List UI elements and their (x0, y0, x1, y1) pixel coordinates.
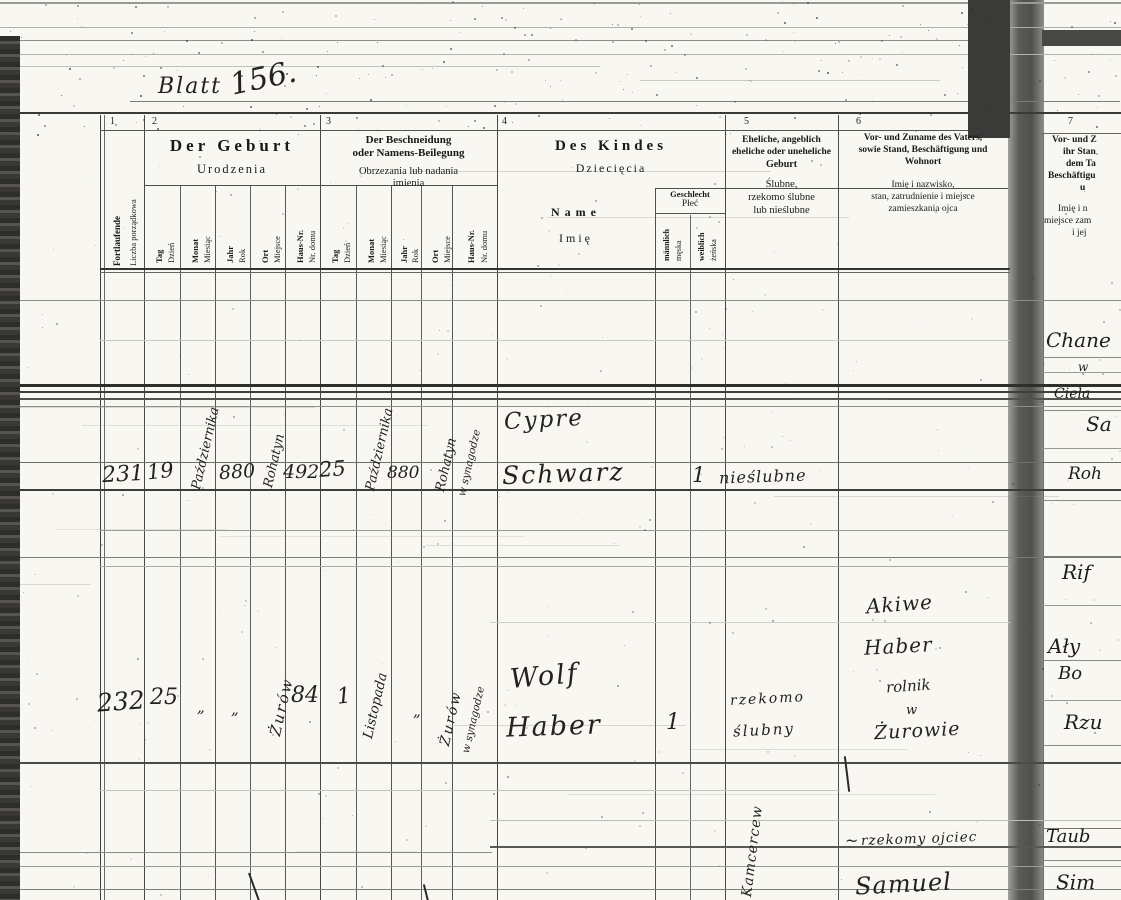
entry-231-legitimacy: nieślubne (719, 467, 807, 486)
header-child-pl: Dziecięcia (497, 162, 725, 175)
margin-fragment: Roh (1068, 464, 1102, 484)
header-father-de1: Vor- und Zuname des Vaters, (838, 134, 1008, 144)
entry-232-circ-place: Żurów (438, 690, 464, 748)
col-number-5: 5 (744, 116, 749, 127)
header-mother-pl1: Imię i n (1058, 204, 1088, 214)
entry-232-father-residence: Żurowie (874, 720, 961, 744)
sub-birth-day-de: Tag (155, 250, 164, 263)
sub-circ-year-de: Jahr (400, 246, 409, 263)
header-legitimacy-pl3: lub nieślubne (725, 205, 838, 216)
header-mother-de3: dem Ta (1066, 159, 1096, 169)
entry-231-birth-day: 19 (146, 460, 175, 484)
entry-231-child-name-1: Cypre (503, 407, 584, 434)
sub-birth-place-de: Ort (261, 250, 270, 263)
header-name-pl: Imię (497, 232, 655, 245)
col-number-6: 6 (856, 116, 861, 127)
col-number-4: 4 (502, 116, 507, 127)
header-sex-female-pl: żeńska (710, 239, 718, 261)
margin-fragment: Ały (1048, 634, 1080, 658)
margin-fragment: w (1078, 360, 1088, 374)
entry-231-child-name-2: Schwarz (502, 459, 625, 488)
header-mother-pl2: miejsce zam (1044, 216, 1091, 226)
header-birth-pl: Urodzenia (144, 163, 320, 176)
sub-circ-place-de: Ort (431, 250, 440, 263)
sub-circ-day-de: Tag (331, 250, 340, 263)
entry-232-father-name-2: Haber (864, 634, 934, 658)
entry-231-serial: 231 (101, 463, 144, 487)
entry-231-birth-house: 492 (283, 463, 319, 482)
sub-circ-day-pl: Dzień (343, 243, 352, 263)
header-legitimacy-de1: Eheliche, angeblich (725, 136, 838, 146)
header-father-de3: Wohnort (838, 158, 1008, 168)
header-father-de2: sowie Stand, Beschäftigung und (838, 146, 1008, 156)
entry-232-serial: 232 (96, 687, 145, 715)
entry-232-legitimacy-2: ślubny (733, 721, 796, 739)
header-mother-de2: ihr Stan (1063, 147, 1096, 157)
sub-birth-place-pl: Miejsce (273, 236, 282, 263)
fold-shadow-band (1008, 0, 1044, 900)
top-right-dark-band (1042, 30, 1121, 46)
header-sex-pl: Płeć (655, 200, 725, 210)
header-child-de: Des Kindes (497, 139, 725, 155)
header-serial-de: Fortlaufende (113, 216, 122, 266)
margin-fragment: Sim (1056, 870, 1095, 894)
header-father-pl1: Imię i nazwisko, (838, 181, 1008, 191)
header-sex-male-pl: męska (675, 241, 683, 261)
header-circumcision-de1: Der Beschneidung (320, 135, 497, 147)
entry-231-circ-day: 25 (318, 458, 346, 481)
sub-circ-month-pl: Miesiąc (379, 236, 388, 263)
entry-231-circ-year: 880 (387, 465, 419, 482)
sub-circ-year-pl: Rok (411, 249, 420, 263)
entry-232-birth-house: 84 (291, 685, 319, 707)
sub-birth-day-pl: Dzień (167, 243, 176, 263)
margin-fragment: Bo (1058, 663, 1082, 684)
sub-birth-month-de: Monat (191, 239, 200, 263)
header-legitimacy-pl1: Ślubne, (725, 179, 838, 190)
margin-fragment: Ciela (1054, 386, 1090, 402)
sub-circ-month-de: Monat (367, 239, 376, 263)
entry-232-legitimacy-1: rzekomo (730, 690, 806, 708)
col-number-3: 3 (326, 116, 331, 127)
entry-next-vertical-note: Kamcercew (740, 805, 765, 898)
sub-birth-month-pl: Miesiąc (203, 236, 212, 263)
sub-birth-house-de: Haus-Nr. (296, 230, 305, 263)
header-circumcision-de2: oder Namens-Beilegung (320, 148, 497, 160)
header-sex-female-de: weiblich (698, 233, 706, 261)
left-edge-strip (0, 36, 20, 900)
header-father-pl2: stan, zatrudnienie i miejsce (838, 193, 1008, 203)
entry-232-birth-year-ditto: „ (231, 702, 239, 717)
header-circumcision-pl1: Obrzezania lub nadania (320, 166, 497, 177)
entry-231-birth-year: 880 (218, 462, 256, 483)
entry-232-child-name-1: Wolf (509, 660, 580, 693)
sub-birth-year-pl: Rok (238, 249, 247, 263)
col-number-7: 7 (1068, 116, 1073, 127)
entry-232-father-occupation: rolnik (886, 677, 931, 695)
margin-fragment: Rif (1062, 560, 1091, 584)
col-number-2: 2 (152, 116, 157, 127)
header-mother-de4: Beschäftigu (1048, 171, 1096, 181)
sheet-number: 156. (228, 57, 300, 100)
entry-232-circ-month: Listopada (362, 672, 390, 740)
margin-fragment: Sa (1086, 412, 1112, 436)
entry-232-circ-year-ditto: „ (413, 704, 421, 719)
entry-231-birth-month: Października (190, 406, 222, 491)
sub-birth-house-pl: Nr. domu (308, 231, 317, 263)
margin-fragment: Chane (1046, 328, 1111, 352)
header-father-pl3: zamieszkania ojca (838, 205, 1008, 215)
sheet-label: Blatt (158, 76, 222, 98)
entry-232-circ-note: w synagodze (461, 686, 487, 755)
sub-birth-year-de: Jahr (226, 246, 235, 263)
entry-232-father-name-1: Akiwe (865, 592, 933, 617)
margin-fragment: Rzu (1064, 710, 1102, 734)
header-legitimacy-de2: eheliche oder uneheliche (725, 148, 838, 158)
header-mother-de1: Vor- und Z (1052, 135, 1097, 145)
header-sex-de: Geschlecht (655, 190, 725, 199)
register-scan-page: Blatt 156. 1 2 3 4 5 6 7 Fortlaufende Li… (0, 0, 1121, 900)
entry-232-birth-month-ditto: „ (197, 700, 205, 715)
header-birth-de: Der Geburt (144, 137, 320, 155)
entry-232-birth-day: 25 (150, 687, 178, 709)
entry-232-sex-mark-male: 1 (666, 712, 680, 734)
sub-circ-place-pl: Miejsce (443, 236, 452, 263)
header-serial-pl: Liczba porządkowa (129, 199, 138, 266)
entry-232-child-name-2: Haber (506, 711, 603, 741)
entry-231-sex-mark-female: 1 (692, 465, 705, 486)
margin-fragment: Taub (1046, 826, 1090, 847)
header-mother-pl3: i jej (1072, 228, 1087, 238)
sub-circ-house-de: Haus-Nr. (467, 230, 476, 263)
entry-next-father-name: Samuel (854, 869, 952, 898)
entry-next-father-flourish: ~ (845, 833, 858, 849)
header-circumcision-pl2: imienia (320, 178, 497, 189)
entry-232-circ-day: 1 (336, 685, 352, 708)
header-name-de: Name (497, 206, 655, 219)
header-legitimacy-pl2: rzekomo ślubne (725, 192, 838, 203)
sub-circ-house-pl: Nr. domu (480, 231, 489, 263)
entry-231-circ-place: Rohatyn (434, 437, 459, 493)
